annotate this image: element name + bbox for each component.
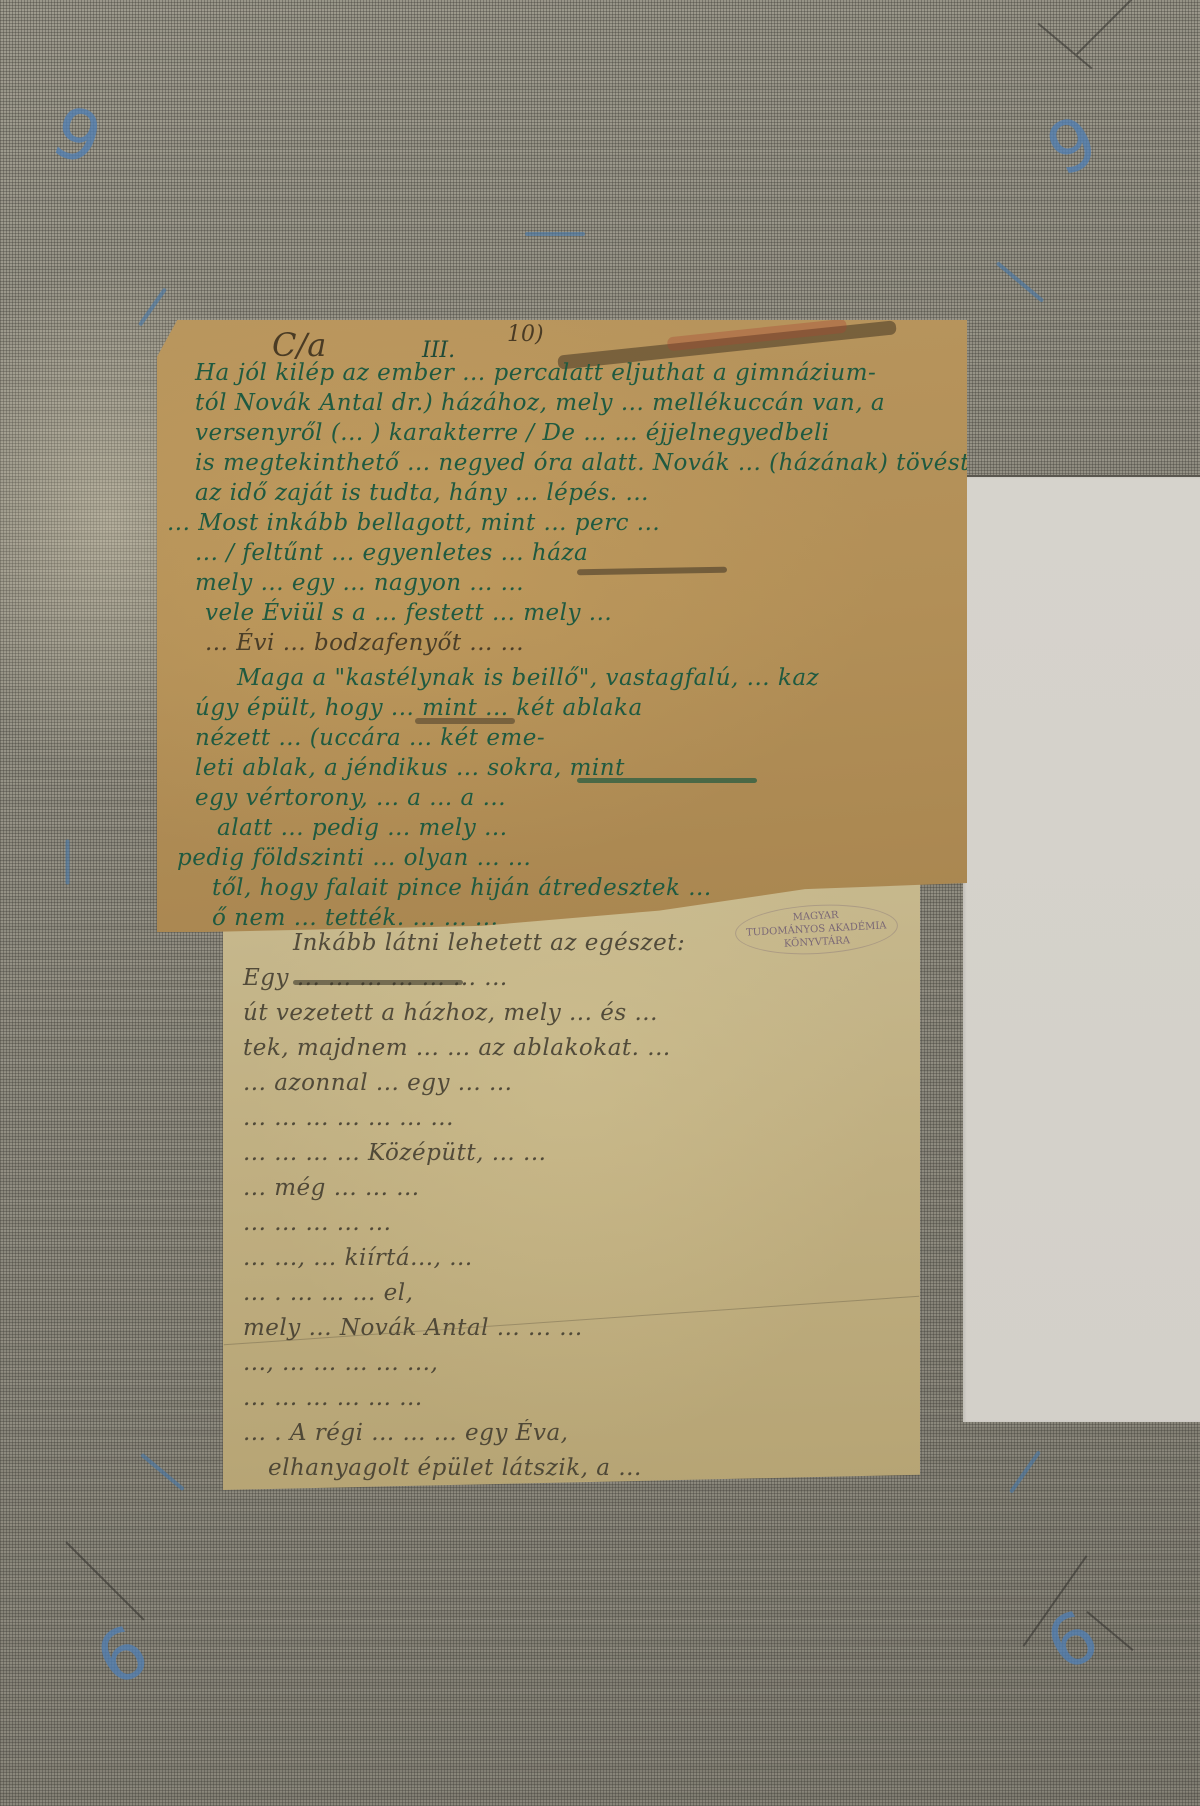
scribble <box>293 980 463 985</box>
line: Ha jól kilép az ember ... percalatt elju… <box>195 360 967 386</box>
line: ... ... ... ... Középütt, ... ... <box>243 1140 920 1166</box>
corner-mark-bottom-right: 6 <box>1032 1594 1112 1687</box>
folio-mark: C/a <box>272 326 326 364</box>
line: ... ... ... ... ... ... ... <box>243 1105 920 1131</box>
page-number: 10) <box>507 322 544 347</box>
line: elhanyagolt épület látszik, a ... <box>268 1455 920 1481</box>
pencil-mark <box>1076 0 1134 55</box>
line: úgy épült, hogy ... mint ... két ablaka <box>195 695 967 721</box>
line: ... ... ... ... ... <box>243 1210 920 1236</box>
scribble <box>577 778 757 783</box>
line: ..., ... ... ... ... ..., <box>243 1350 920 1376</box>
line: nézett ... (uccára ... két eme- <box>195 725 967 751</box>
line: vele Éviül s a ... festett ... mely ... <box>205 600 967 626</box>
line: ... ... ... ... ... ... <box>243 1385 920 1411</box>
line: ... Most inkább bellagott, mint ... perc… <box>167 510 967 536</box>
white-card <box>963 475 1200 1422</box>
manuscript-page-top: C/a III. 10) Ha jól kilép az ember ... p… <box>157 320 967 932</box>
line: egy vértorony, ... a ... a ... <box>195 785 967 811</box>
line: Maga a "kastélynak is beillő", vastagfal… <box>237 665 967 691</box>
line: ... Évi ... bodzafenyőt ... ... <box>205 630 967 656</box>
line: ... / feltűnt ... egyenletes ... háza <box>195 540 967 566</box>
line: ... még ... ... ... <box>243 1175 920 1201</box>
line: ... azonnal ... egy ... ... <box>243 1070 920 1096</box>
line: az idő zaját is tudta, hány ... lépés. .… <box>195 480 967 506</box>
pencil-mark <box>65 1541 144 1620</box>
manuscript-page-bottom: Inkább látni lehetett az egészet: Egy ..… <box>223 880 920 1490</box>
blue-pencil-mark <box>525 232 585 236</box>
blue-pencil-mark <box>66 840 70 885</box>
blue-pencil-mark <box>996 261 1045 303</box>
line: ... . A régi ... ... ... egy Éva, <box>243 1420 920 1446</box>
scribble <box>415 718 515 724</box>
blue-pencil-mark <box>140 1453 185 1491</box>
line: Egy ... ... ... ... ... ... ... <box>243 965 920 991</box>
line: is megtekinthető ... negyed óra alatt. N… <box>195 450 967 476</box>
line: pedig földszinti ... olyan ... ... <box>177 845 967 871</box>
corner-mark-bottom-left: 6 <box>82 1609 162 1702</box>
line: tek, majdnem ... ... az ablakokat. ... <box>243 1035 920 1061</box>
line: tól Novák Antal dr.) házához, mely ... m… <box>195 390 967 416</box>
blue-pencil-mark <box>138 287 167 326</box>
corner-mark-top-left: 9 <box>42 90 112 182</box>
corner-mark-top-right: 9 <box>1035 99 1110 192</box>
blue-pencil-mark <box>1009 1450 1041 1493</box>
line: versenyről (... ) karakterre / De ... ..… <box>195 420 967 446</box>
line: út vezetett a házhoz, mely ... és ... <box>243 1000 920 1026</box>
line: ... ..., ... kiírtá..., ... <box>243 1245 920 1271</box>
line: alatt ... pedig ... mely ... <box>217 815 967 841</box>
